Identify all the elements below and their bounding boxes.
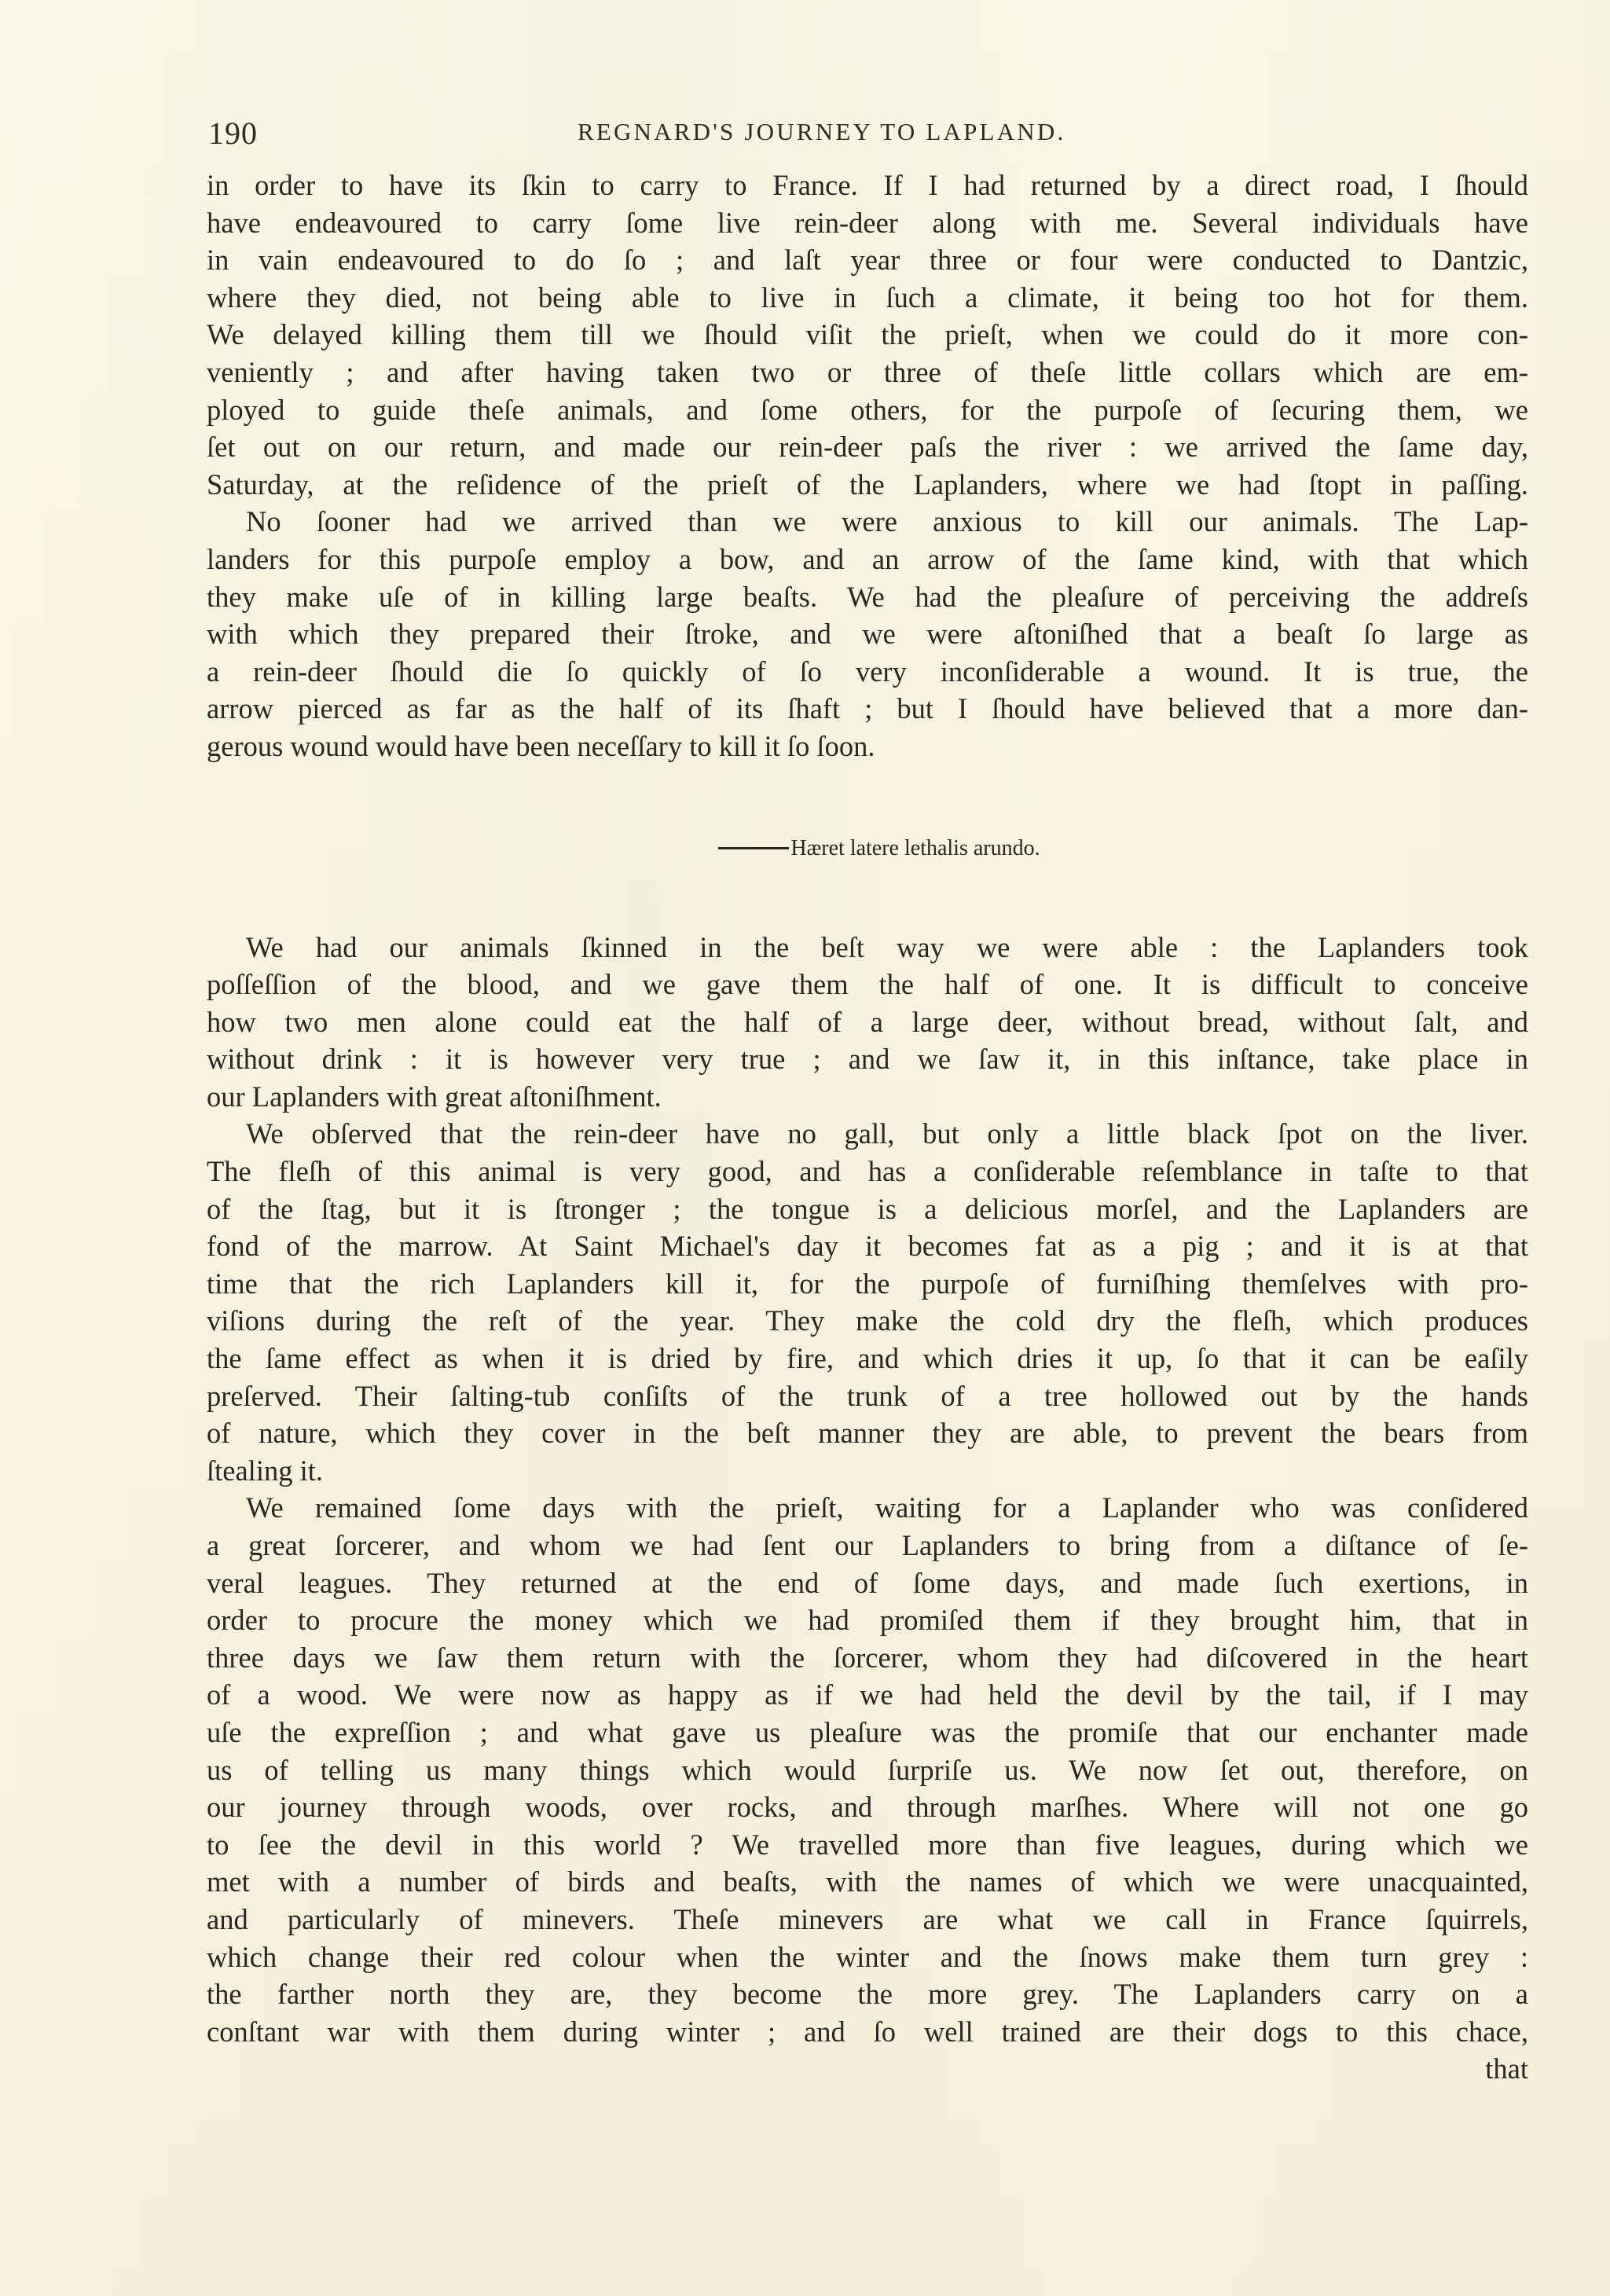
text-line: where they died, not being able to live …	[207, 279, 1528, 317]
text-line: We had our animals ſkinned in the beſt w…	[207, 929, 1528, 966]
spacer	[207, 867, 1528, 929]
running-title: REGNARD's JOURNEY TO LAPLAND.	[578, 118, 1065, 146]
text-line: us of telling us many things which would…	[207, 1751, 1528, 1789]
text-line: three days we ſaw them return with the ſ…	[207, 1639, 1528, 1677]
text-line: in vain endeavoured to do ſo ; and laſt …	[207, 241, 1528, 279]
text-line: The fleſh of this animal is very good, a…	[207, 1153, 1528, 1190]
text-line: viſions during the reſt of the year. The…	[207, 1302, 1528, 1340]
text-line: the ſame effect as when it is dried by f…	[207, 1340, 1528, 1377]
text-line: of nature, which they cover in the beſt …	[207, 1414, 1528, 1452]
text-line: ſtealing it.	[207, 1452, 1528, 1490]
text-line: Saturday, at the reſidence of the prieſt…	[207, 466, 1528, 504]
text-line: order to procure the money which we had …	[207, 1601, 1528, 1639]
text-line: met with a number of birds and beaſts, w…	[207, 1863, 1528, 1901]
running-head: 190 REGNARD's JOURNEY TO LAPLAND.	[207, 115, 1528, 154]
text-line: landers for this purpoſe employ a bow, a…	[207, 541, 1528, 578]
text-line: a great ſorcerer, and whom we had ſent o…	[207, 1527, 1528, 1564]
text-line: We remained ſome days with the prieſt, w…	[207, 1489, 1528, 1527]
latin-quotation: Hæret latere lethalis arundo.	[207, 830, 1528, 867]
text-line: arrow pierced as far as the half of its …	[207, 690, 1528, 728]
text-line: conſtant war with them during winter ; a…	[207, 2013, 1528, 2051]
text-line: without drink : it is however very true …	[207, 1040, 1528, 1078]
spacer	[207, 765, 1528, 830]
text-line: to ſee the devil in this world ? We trav…	[207, 1826, 1528, 1864]
text-line: ployed to guide theſe animals, and ſome …	[207, 391, 1528, 429]
text-line: they make uſe of in killing large beaſts…	[207, 578, 1528, 616]
text-line: preſerved. Their ſalting-tub conſiſts of…	[207, 1377, 1528, 1415]
text-line: in order to have its ſkin to carry to Fr…	[207, 167, 1528, 204]
text-line: with which they prepared their ſtroke, a…	[207, 615, 1528, 653]
quotation-text: Hæret latere lethalis arundo.	[790, 836, 1040, 860]
text-line: veral leagues. They returned at the end …	[207, 1564, 1528, 1602]
text-line: poſſeſſion of the blood, and we gave the…	[207, 966, 1528, 1003]
paragraph: in order to have its ſkin to carry to Fr…	[207, 167, 1528, 503]
text-line: of a wood. We were now as happy as if we…	[207, 1676, 1528, 1714]
paragraph: No ſooner had we arrived than we were an…	[207, 503, 1528, 765]
catchword: that	[207, 2050, 1528, 2088]
page-number: 190	[208, 115, 258, 152]
text-line: veniently ; and after having taken two o…	[207, 354, 1528, 391]
paragraph: We remained ſome days with the prieſt, w…	[207, 1489, 1528, 2050]
text-line: ſet out on our return, and made our rein…	[207, 428, 1528, 466]
text-line: which change their red colour when the w…	[207, 1938, 1528, 1976]
paragraph: We had our animals ſkinned in the beſt w…	[207, 929, 1528, 1116]
text-line: a rein-deer ſhould die ſo quickly of ſo …	[207, 653, 1528, 691]
text-line: how two men alone could eat the half of …	[207, 1003, 1528, 1041]
text-line: We delayed killing them till we ſhould v…	[207, 316, 1528, 354]
text-line: and particularly of minevers. Theſe mine…	[207, 1901, 1528, 1938]
text-line: time that the rich Laplanders kill it, f…	[207, 1265, 1528, 1303]
text-line: fond of the marrow. At Saint Michael's d…	[207, 1227, 1528, 1265]
text-line: No ſooner had we arrived than we were an…	[207, 503, 1528, 541]
text-line: We obſerved that the rein-deer have no g…	[207, 1115, 1528, 1153]
text-line: our Laplanders with great aſtoniſhment.	[207, 1078, 1528, 1116]
em-dash-rule	[718, 847, 789, 849]
paragraph: We obſerved that the rein-deer have no g…	[207, 1115, 1528, 1489]
body-text: in order to have its ſkin to carry to Fr…	[207, 167, 1528, 2088]
text-line: have endeavoured to carry ſome live rein…	[207, 204, 1528, 242]
text-line: the farther north they are, they become …	[207, 1975, 1528, 2013]
text-line: uſe the expreſſion ; and what gave us pl…	[207, 1714, 1528, 1751]
text-line: gerous wound would have been neceſſary t…	[207, 728, 1528, 765]
text-line: of the ſtag, but it is ſtronger ; the to…	[207, 1190, 1528, 1228]
text-line: our journey through woods, over rocks, a…	[207, 1788, 1528, 1826]
